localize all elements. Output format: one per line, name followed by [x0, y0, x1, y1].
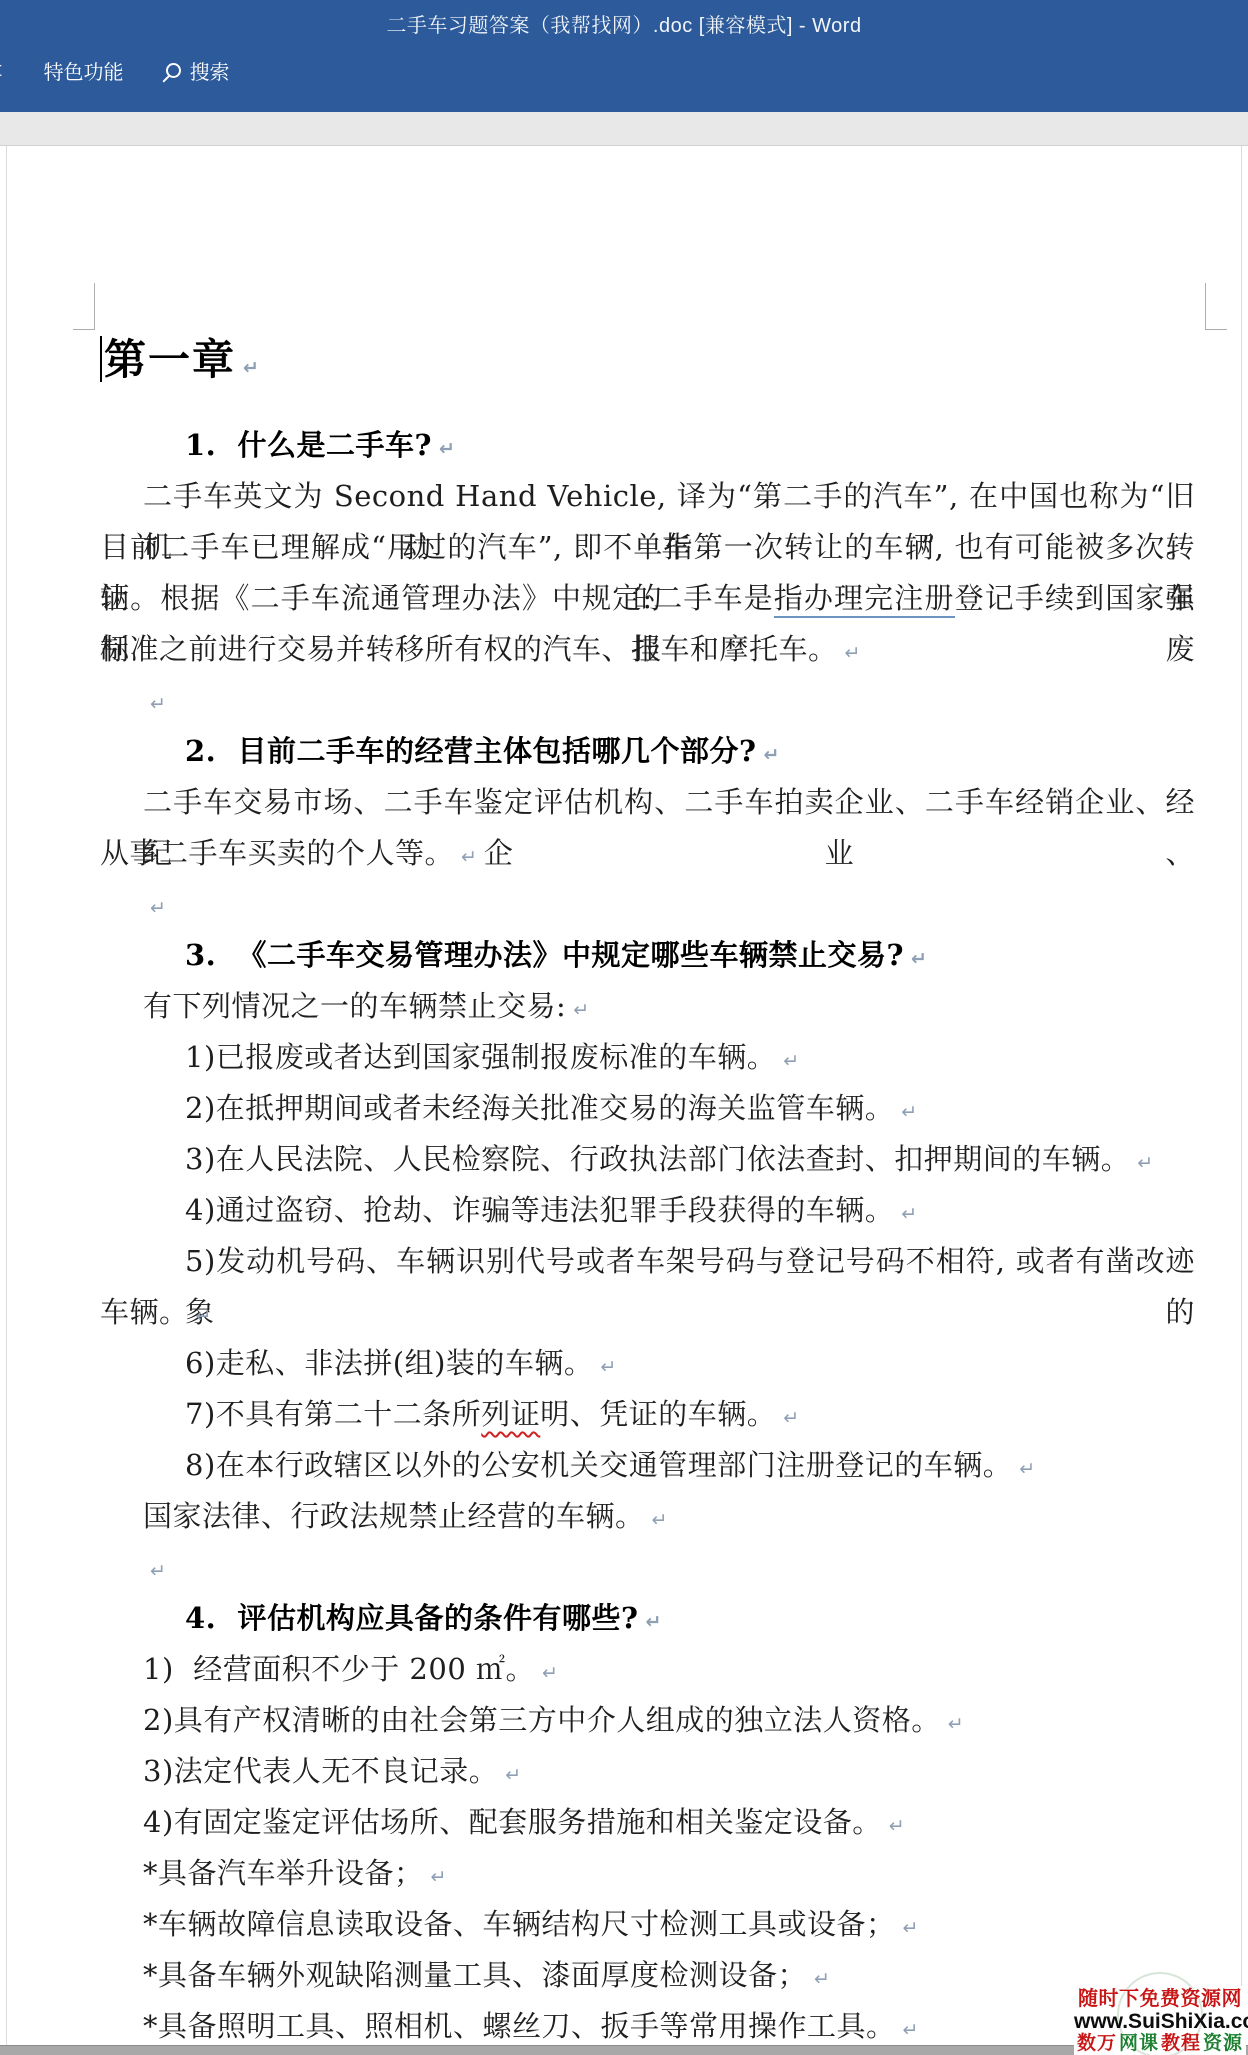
ribbon-collapsed-strip[interactable] [0, 112, 1248, 146]
text-run: 6)走私、非法拼(组)装的车辆。 [185, 1346, 593, 1380]
doc-line: 1) 经营面积不少于 200 ㎡。↵ [100, 1644, 1195, 1695]
paragraph-mark-icon: ↵ [542, 1662, 558, 1684]
doc-line: 国家法律、行政法规禁止经营的车辆。↵ [100, 1491, 1195, 1542]
watermark-tagline-word: 资源 [1203, 2033, 1243, 2054]
text-run: 国家法律、行政法规禁止经营的车辆。 [143, 1499, 645, 1533]
doc-line: 2. 目前二手车的经营主体包括哪几个部分?↵ [100, 726, 1195, 777]
doc-line: *车辆故障信息读取设备、车辆结构尺寸检测工具或设备；↵ [100, 1899, 1195, 1950]
text-run: 2. 目前二手车的经营主体包括哪几个部分? [185, 734, 756, 768]
watermark-tagline: 数万网课教程资源 [1074, 2033, 1246, 2055]
doc-line: 5)发动机号码、车辆识别代号或者车架号码与登记号码不相符, 或者有凿改迹象的 [100, 1236, 1195, 1287]
watermark-tagline-word: 网课 [1119, 2033, 1159, 2054]
doc-line: 2)在抵押期间或者未经海关批准交易的海关监管车辆。↵ [100, 1083, 1195, 1134]
text-run: *具备汽车举升设备； [143, 1856, 424, 1890]
doc-line: 第一章↵ [100, 330, 1195, 390]
doc-line: 3)法定代表人无不良记录。↵ [100, 1746, 1195, 1797]
paragraph-mark-icon: ↵ [1019, 1458, 1035, 1480]
text-run: 4)通过盗窃、抢劫、诈骗等违法犯罪手段获得的车辆。 [185, 1193, 894, 1227]
underlined-text: 指办理完注册 [774, 581, 955, 618]
watermark: 随时下免费资源网 www.SuiShiXia.com 数万网课教程资源 [1074, 1986, 1246, 2055]
doc-line: 二手车交易市场、二手车鉴定评估机构、二手车拍卖企业、二手车经销企业、经纪企业、 [100, 777, 1195, 828]
search-control[interactable]: 搜索 [166, 56, 230, 85]
paragraph-mark-icon: ↵ [903, 2019, 919, 2041]
paragraph-mark-icon: ↵ [845, 642, 861, 664]
text-run: 车辆。 [100, 1295, 189, 1329]
paragraph-mark-icon: ↵ [652, 1509, 668, 1531]
document-title: 二手车习题答案（我帮找网）.doc [兼容模式] - Word [0, 9, 1248, 38]
paragraph-mark-icon: ↵ [431, 1866, 447, 1888]
doc-line: 辆。根据《二手车流通管理办法》中规定:二手车是指办理完注册登记手续到国家强制报废 [100, 573, 1195, 624]
menu-row: t 特色功能 搜索 [0, 50, 1248, 90]
doc-line: 3. 《二手车交易管理办法》中规定哪些车辆禁止交易?↵ [100, 930, 1195, 981]
paragraph-mark-icon: ↵ [150, 693, 166, 715]
doc-line: 4. 评估机构应具备的条件有哪些?↵ [100, 1593, 1195, 1644]
paragraph-mark-icon: ↵ [600, 1356, 616, 1378]
text-run: 1) 经营面积不少于 200 ㎡。 [143, 1652, 535, 1686]
paragraph-mark-icon: ↵ [901, 1203, 917, 1225]
text-run: *具备照明工具、照相机、螺丝刀、扳手等常用操作工具。 [143, 2009, 896, 2043]
text-run: 3)法定代表人无不良记录。 [143, 1754, 498, 1788]
search-icon [166, 63, 181, 78]
text-run: 有下列情况之一的车辆禁止交易: [143, 989, 566, 1023]
doc-line: ↵ [100, 675, 1195, 726]
paragraph-mark-icon: ↵ [948, 1713, 964, 1735]
doc-line: 8)在本行政辖区以外的公安机关交通管理部门注册登记的车辆。↵ [100, 1440, 1195, 1491]
doc-line: 有下列情况之一的车辆禁止交易:↵ [100, 981, 1195, 1032]
doc-line: 6)走私、非法拼(组)装的车辆。↵ [100, 1338, 1195, 1389]
doc-line: 4)有固定鉴定评估场所、配套服务措施和相关鉴定设备。↵ [100, 1797, 1195, 1848]
text-run: 明、凭证的车辆。 [540, 1397, 776, 1431]
search-label: 搜索 [190, 56, 230, 85]
doc-line: 4)通过盗窃、抢劫、诈骗等违法犯罪手段获得的车辆。↵ [100, 1185, 1195, 1236]
paragraph-mark-icon: ↵ [505, 1764, 521, 1786]
watermark-tagline-word: 数万 [1077, 2033, 1117, 2054]
paragraph-mark-icon: ↵ [573, 999, 589, 1021]
doc-line: *具备车辆外观缺陷测量工具、漆面厚度检测设备；↵ [100, 1950, 1195, 2001]
text-run: *车辆故障信息读取设备、车辆结构尺寸检测工具或设备； [143, 1907, 896, 1941]
text-run: 8)在本行政辖区以外的公安机关交通管理部门注册登记的车辆。 [185, 1448, 1012, 1482]
doc-line: ↵ [100, 879, 1195, 930]
text-run: 3)在人民法院、人民检察院、行政执法部门依法查封、扣押期间的车辆。 [185, 1142, 1130, 1176]
doc-line: 二手车英文为 Second Hand Vehicle, 译为“第二手的汽车”, … [100, 471, 1195, 522]
paragraph-mark-icon: ↵ [243, 357, 259, 379]
paragraph-mark-icon: ↵ [901, 1101, 917, 1123]
paragraph-mark-icon: ↵ [911, 948, 927, 970]
titlebar: 二手车习题答案（我帮找网）.doc [兼容模式] - Word t 特色功能 搜… [0, 0, 1248, 112]
document-content: 第一章↵1. 什么是二手车?↵二手车英文为 Second Hand Vehicl… [0, 146, 1248, 2052]
doc-line: 1. 什么是二手车?↵ [100, 420, 1195, 471]
paragraph-mark-icon: ↵ [763, 744, 779, 766]
paragraph-mark-icon: ↵ [814, 1968, 830, 1990]
paragraph-mark-icon: ↵ [150, 1560, 166, 1582]
doc-line: *具备汽车举升设备；↵ [100, 1848, 1195, 1899]
text-run: 第一章 [104, 335, 236, 384]
horizontal-scrollbar[interactable] [0, 2045, 1248, 2055]
paragraph-mark-icon: ↵ [783, 1050, 799, 1072]
paragraph-mark-icon: ↵ [903, 1917, 919, 1939]
text-run: *具备车辆外观缺陷测量工具、漆面厚度检测设备； [143, 1958, 807, 1992]
text-run: 2)在抵押期间或者未经海关批准交易的海关监管车辆。 [185, 1091, 894, 1125]
text-run: 3. 《二手车交易管理办法》中规定哪些车辆禁止交易? [185, 938, 904, 972]
text-run: 标准之前进行交易并转移所有权的汽车、挂车和摩托车。 [100, 632, 838, 666]
paragraph-mark-icon: ↵ [783, 1407, 799, 1429]
paragraph-mark-icon: ↵ [889, 1815, 905, 1837]
document-page[interactable]: 第一章↵1. 什么是二手车?↵二手车英文为 Second Hand Vehicl… [0, 146, 1248, 2055]
paragraph-mark-icon: ↵ [461, 846, 477, 868]
doc-line: 1)已报废或者达到国家强制报废标准的车辆。↵ [100, 1032, 1195, 1083]
doc-line: 2)具有产权清晰的由社会第三方中介人组成的独立法人资格。↵ [100, 1695, 1195, 1746]
paragraph-mark-icon: ↵ [645, 1611, 661, 1633]
paragraph-mark-icon: ↵ [150, 897, 166, 919]
text-run: 4. 评估机构应具备的条件有哪些? [185, 1601, 638, 1635]
doc-line: 3)在人民法院、人民检察院、行政执法部门依法查封、扣押期间的车辆。↵ [100, 1134, 1195, 1185]
doc-line: 7)不具有第二十二条所列证明、凭证的车辆。↵ [100, 1389, 1195, 1440]
doc-line: ↵ [100, 1542, 1195, 1593]
text-cursor [100, 336, 102, 382]
doc-line: 目前二手车已理解成“用过的汽车”, 即不单指第一次转让的车辆, 也有可能被多次转… [100, 522, 1195, 573]
watermark-tagline-word: 教程 [1161, 2033, 1201, 2054]
spellcheck-text: 列证 [481, 1397, 540, 1431]
text-run: 2)具有产权清晰的由社会第三方中介人组成的独立法人资格。 [143, 1703, 941, 1737]
tab-featured-functions[interactable]: 特色功能 [30, 56, 138, 85]
paragraph-mark-icon: ↵ [1137, 1152, 1153, 1174]
text-run: 7)不具有第二十二条所 [185, 1397, 481, 1431]
watermark-url: www.SuiShiXia.com [1074, 2010, 1246, 2033]
text-run: 1. 什么是二手车? [185, 428, 432, 462]
text-run: 5)发动机号码、车辆识别代号或者车架号码与登记号码不相符, 或者有凿改迹象的 [185, 1244, 1195, 1329]
paragraph-mark-icon: ↵ [196, 1305, 212, 1327]
paragraph-mark-icon: ↵ [439, 438, 455, 460]
text-run: 辆。根据《二手车流通管理办法》中规定:二手车是 [100, 581, 774, 615]
watermark-site-name: 随时下免费资源网 [1074, 1988, 1246, 2010]
word-window: { "titlebar": { "title": "二手车习题答案（我帮找网）.… [0, 0, 1248, 2055]
text-run: 1)已报废或者达到国家强制报废标准的车辆。 [185, 1040, 776, 1074]
tab-partial[interactable]: t [0, 59, 12, 82]
text-run: 4)有固定鉴定评估场所、配套服务措施和相关鉴定设备。 [143, 1805, 882, 1839]
text-run: 从事二手车买卖的个人等。 [100, 836, 454, 870]
